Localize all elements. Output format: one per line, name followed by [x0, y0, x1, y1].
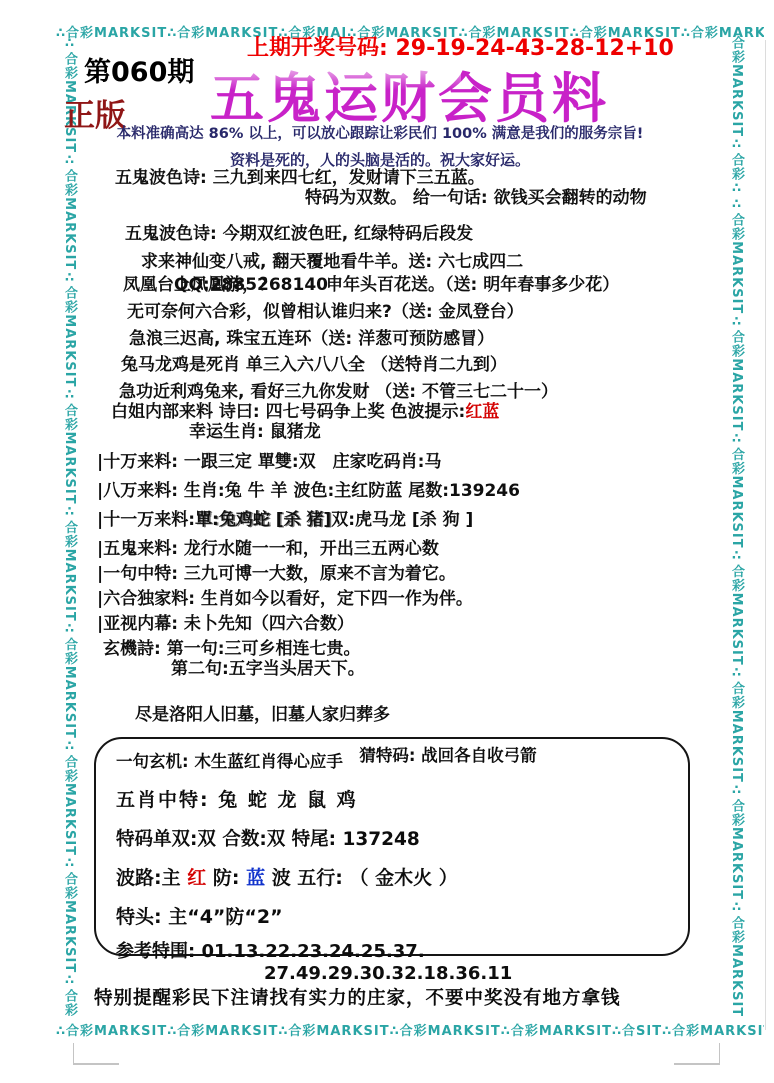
mystic-poem-line2: 第二句:五字当头居天下。	[171, 659, 715, 679]
phoenix-overlay-qq: QQ:2885268140	[174, 275, 328, 295]
lucky-zodiac-line: 幸运生肖: 鼠猪龙	[189, 422, 715, 442]
wave-main-red: 红	[187, 867, 206, 889]
baijie-line: 白姐内部来料 诗曰: 四七号码争上奖 色波提示:红蓝	[111, 402, 715, 422]
mystic-label: 玄機詩:	[103, 639, 161, 659]
verse-6: 急功近利鸡兔来, 看好三九你发财 （送: 不管三七二十一）	[119, 382, 715, 402]
wave-elements: 波 五行: （ 金木火 ）	[265, 867, 458, 889]
box-mystery-line: 一句玄机: 木生蓝红肖得心应手 猜特码: 战回各自收弓箭	[116, 748, 674, 772]
material-overlap-garbled: 單:兔鸡蛇 [杀 猪]	[195, 510, 331, 530]
phoenix-suffix: 申年头百花送。（送: 明年春事多少花）	[326, 275, 619, 295]
slogan-line-2: 资料是死的，人的头脑是活的。祝大家好运。	[75, 149, 685, 170]
poem2-intro: 五鬼波色诗: 今期双红波色旺, 红绿特码后段发	[125, 224, 715, 244]
mystic-line1-text: 第一句:三可乡相连七贵。	[167, 639, 361, 659]
material-row: |八万来料: 生肖:兔 牛 羊 波色:主红防蓝 尾数:139246	[97, 481, 715, 501]
lottery-flyer-page: ∴合彩MARKSIT∴合彩MARKSIT∴合彩MAI∴合彩MARKSIT∴合彩M…	[0, 0, 774, 1083]
corner-mark-bl-h	[73, 1063, 119, 1065]
wave-guard-label: 防:	[206, 867, 246, 889]
baijie-poem: 诗曰: 四七号码争上奖 色波提示:	[219, 402, 465, 422]
material-row: |亚视内幕: 未卜先知（四六合数）	[97, 614, 715, 634]
border-watermark-right: 合彩MARKSIT∴合彩∴∴合彩MARKSIT∴合彩MARKSIT∴合彩MARK…	[724, 36, 746, 1016]
box-five-zodiac: 五肖中特: 兔 蛇 龙 鼠 鸡	[116, 785, 674, 812]
material-row: |十万来料: 一跟三定 單雙:双 庄家吃码肖:马	[97, 452, 715, 472]
border-watermark-left: ∴合彩MARKSIT∴合彩MARKSIT∴合彩MARKSIT∴合彩MARKSIT…	[57, 36, 79, 1016]
phoenix-overlap-stack: 上凤凰游，？QQ:2885268140	[174, 275, 326, 295]
slogan-line-1: 本料准确高达 86% 以上，可以放心跟踪让彩民们 100% 满意是我们的服务宗旨…	[75, 122, 685, 143]
picks-box: 一句玄机: 木生蓝红肖得心应手 猜特码: 战回各自收弓箭 五肖中特: 兔 蛇 龙…	[94, 737, 690, 956]
poem1-text: 三九到来四七红，发财请下三五蓝。	[213, 168, 485, 188]
page-edge-line	[765, 40, 766, 1030]
tomb-verse: 尽是洛阳人旧墓，旧墓人家归葬多	[135, 705, 715, 725]
issue-number: 第060期	[84, 50, 194, 89]
wave-guard-blue: 蓝	[246, 867, 265, 889]
verse-3: 无可奈何六合彩，似曾相认谁归来?（送: 金凤登台）	[127, 302, 715, 322]
phoenix-prefix: 凤凰台	[123, 275, 174, 295]
verse-phoenix: 凤凰台上凤凰游，？QQ:2885268140申年头百花送。（送: 明年春事多少花…	[123, 275, 715, 295]
material-row: |五鬼来料: 龙行水随一一和，开出三五两心数	[97, 539, 715, 559]
corner-mark-br-h	[674, 1063, 720, 1065]
corner-mark-br-v	[719, 1043, 720, 1064]
box-guess-special: 猜特码: 战回各自收弓箭	[359, 746, 536, 765]
baijie-label: 白姐内部来料	[111, 402, 213, 422]
material-row: |一句中特: 三九可博一大数，原来不言为着它。	[97, 564, 715, 584]
box-mystery-text: 一句玄机: 木生蓝红肖得心应手	[116, 752, 343, 771]
poem1-label: 五鬼波色诗:	[115, 168, 207, 188]
mystic-poem-line1: 玄機詩: 第一句:三可乡相连七贵。	[103, 639, 715, 659]
material-row: |六合独家料: 生肖如今以看好，定下四一作为伴。	[97, 589, 715, 609]
poem1-line1: 五鬼波色诗: 三九到来四七红，发财请下三五蓝。	[115, 168, 715, 188]
verse-4: 急浪三迟高, 珠宝五连环（送: 洋葱可预防感冒）	[129, 329, 715, 349]
box-wave-road: 波路:主 红 防: 蓝 波 五行: （ 金木火 ）	[116, 863, 674, 890]
wave-label: 波路:主	[116, 867, 187, 889]
box-special-head: 特头: 主“4”防“2”	[116, 902, 674, 929]
border-watermark-bottom: ∴合彩MARKSIT∴合彩MARKSIT∴合彩MARKSIT∴合彩MARKSIT…	[56, 1020, 764, 1040]
verse-1: 求来神仙变八戒, 翻天覆地看牛羊。送: 六七成四二	[141, 252, 715, 272]
box-odd-even: 特码单双:双 合数:双 特尾: 137248	[116, 825, 674, 851]
poem1-line2: 特码为双数。 给一句话: 欲钱买会翻转的动物	[305, 188, 715, 208]
poem2-intro-text: 今期双红波色旺, 红绿特码后段发	[223, 224, 473, 244]
material-overlap-post: 双:虎马龙 [杀 狗 ]	[331, 510, 473, 530]
title-fade-artifact	[206, 56, 461, 90]
baijie-color-hint: 红蓝	[465, 402, 499, 422]
material-overlap-pre: |十一万来料:	[97, 510, 195, 530]
box-ref-numbers-2: 27.49.29.30.32.18.36.11	[264, 963, 674, 984]
verse-5: 兔马龙鸡是死肖 单三入六八八全 （送特肖二九到）	[121, 355, 715, 375]
content-block: 五鬼波色诗: 三九到来四七红，发财请下三五蓝。 特码为双数。 给一句话: 欲钱买…	[79, 168, 715, 725]
box-ref-numbers-1: 参考特围: 01.13.22.23.24.25.37.	[116, 937, 674, 963]
material-row-overlap: |十一万来料:單:兔鸡蛇 [杀 猪]双:虎马龙 [杀 狗 ]	[97, 510, 715, 530]
corner-mark-bl-v	[73, 1043, 74, 1064]
poem2-label: 五鬼波色诗:	[125, 224, 217, 244]
footer-warning: 特别提醒彩民下注请找有实力的庄家，不要中奖没有地方拿钱	[94, 984, 621, 1010]
